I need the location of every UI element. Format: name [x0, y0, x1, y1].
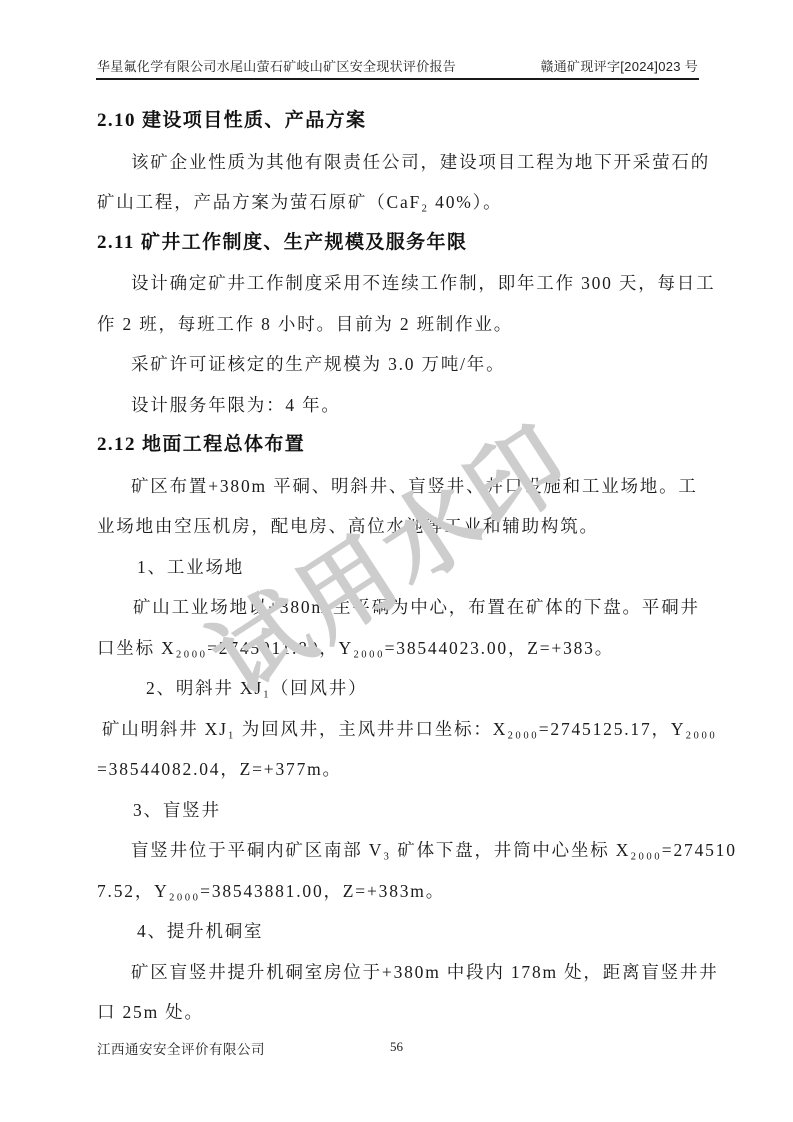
text-line: 盲竖井位于平硐内矿区南部 V₃ 矿体下盘，井筒中心坐标 X₂₀₀₀=274510	[97, 830, 699, 871]
header-document-number: 赣通矿现评字[2024]023 号	[540, 56, 698, 75]
text-line: 口 25m 处。	[97, 992, 699, 1033]
text-line: 矿山明斜井 XJ₁ 为回风井，主风井井口坐标：X₂₀₀₀=2745125.17，…	[97, 709, 699, 750]
section-heading: 2.10 建设项目性质、产品方案	[97, 101, 699, 142]
document-page: 华星氟化学有限公司水尾山萤石矿岐山矿区安全现状评价报告 赣通矿现评字[2024]…	[0, 0, 793, 1122]
text-line: 3、盲竖井	[97, 790, 699, 831]
header-report-title: 华星氟化学有限公司水尾山萤石矿岐山矿区安全现状评价报告	[97, 56, 456, 75]
footer-page-number: 56	[0, 1039, 793, 1055]
text-line: 1、工业场地	[97, 547, 699, 588]
text-line: 设计确定矿井工作制度采用不连续工作制，即年工作 300 天，每日工	[97, 263, 699, 304]
document-body: 2.10 建设项目性质、产品方案该矿企业性质为其他有限责任公司，建设项目工程为地…	[97, 101, 699, 1033]
text-line: 矿山工程，产品方案为萤石原矿（CaF₂ 40%）。	[97, 182, 699, 223]
header-divider	[96, 78, 699, 80]
text-line: 设计服务年限为：4 年。	[97, 385, 699, 426]
text-line: 矿区盲竖井提升机硐室房位于+380m 中段内 178m 处，距离盲竖井井	[97, 952, 699, 993]
text-line: 4、提升机硐室	[97, 911, 699, 952]
section-heading: 2.12 地面工程总体布置	[97, 425, 699, 466]
text-line: 作 2 班，每班工作 8 小时。目前为 2 班制作业。	[97, 304, 699, 345]
text-line: 采矿许可证核定的生产规模为 3.0 万吨/年。	[97, 344, 699, 385]
text-line: 业场地由空压机房，配电房、高位水池等工业和辅助构筑。	[97, 506, 699, 547]
section-heading: 2.11 矿井工作制度、生产规模及服务年限	[97, 223, 699, 264]
text-line: 矿山工业场地以+380m 主平硐为中心，布置在矿体的下盘。平硐井	[97, 587, 699, 628]
text-line: 2、明斜井 XJ₁（回风井）	[97, 668, 699, 709]
text-line: 7.52，Y₂₀₀₀=38543881.00，Z=+383m。	[97, 871, 699, 912]
text-line: 口坐标 X₂₀₀₀=2745011.80，Y₂₀₀₀=38544023.00，Z…	[97, 628, 699, 669]
text-line: 该矿企业性质为其他有限责任公司，建设项目工程为地下开采萤石的	[97, 142, 699, 183]
text-line: 矿区布置+380m 平硐、明斜井、盲竖井、井口设施和工业场地。工	[97, 466, 699, 507]
page-header: 华星氟化学有限公司水尾山萤石矿岐山矿区安全现状评价报告 赣通矿现评字[2024]…	[97, 56, 698, 75]
text-line: =38544082.04，Z=+377m。	[97, 749, 699, 790]
